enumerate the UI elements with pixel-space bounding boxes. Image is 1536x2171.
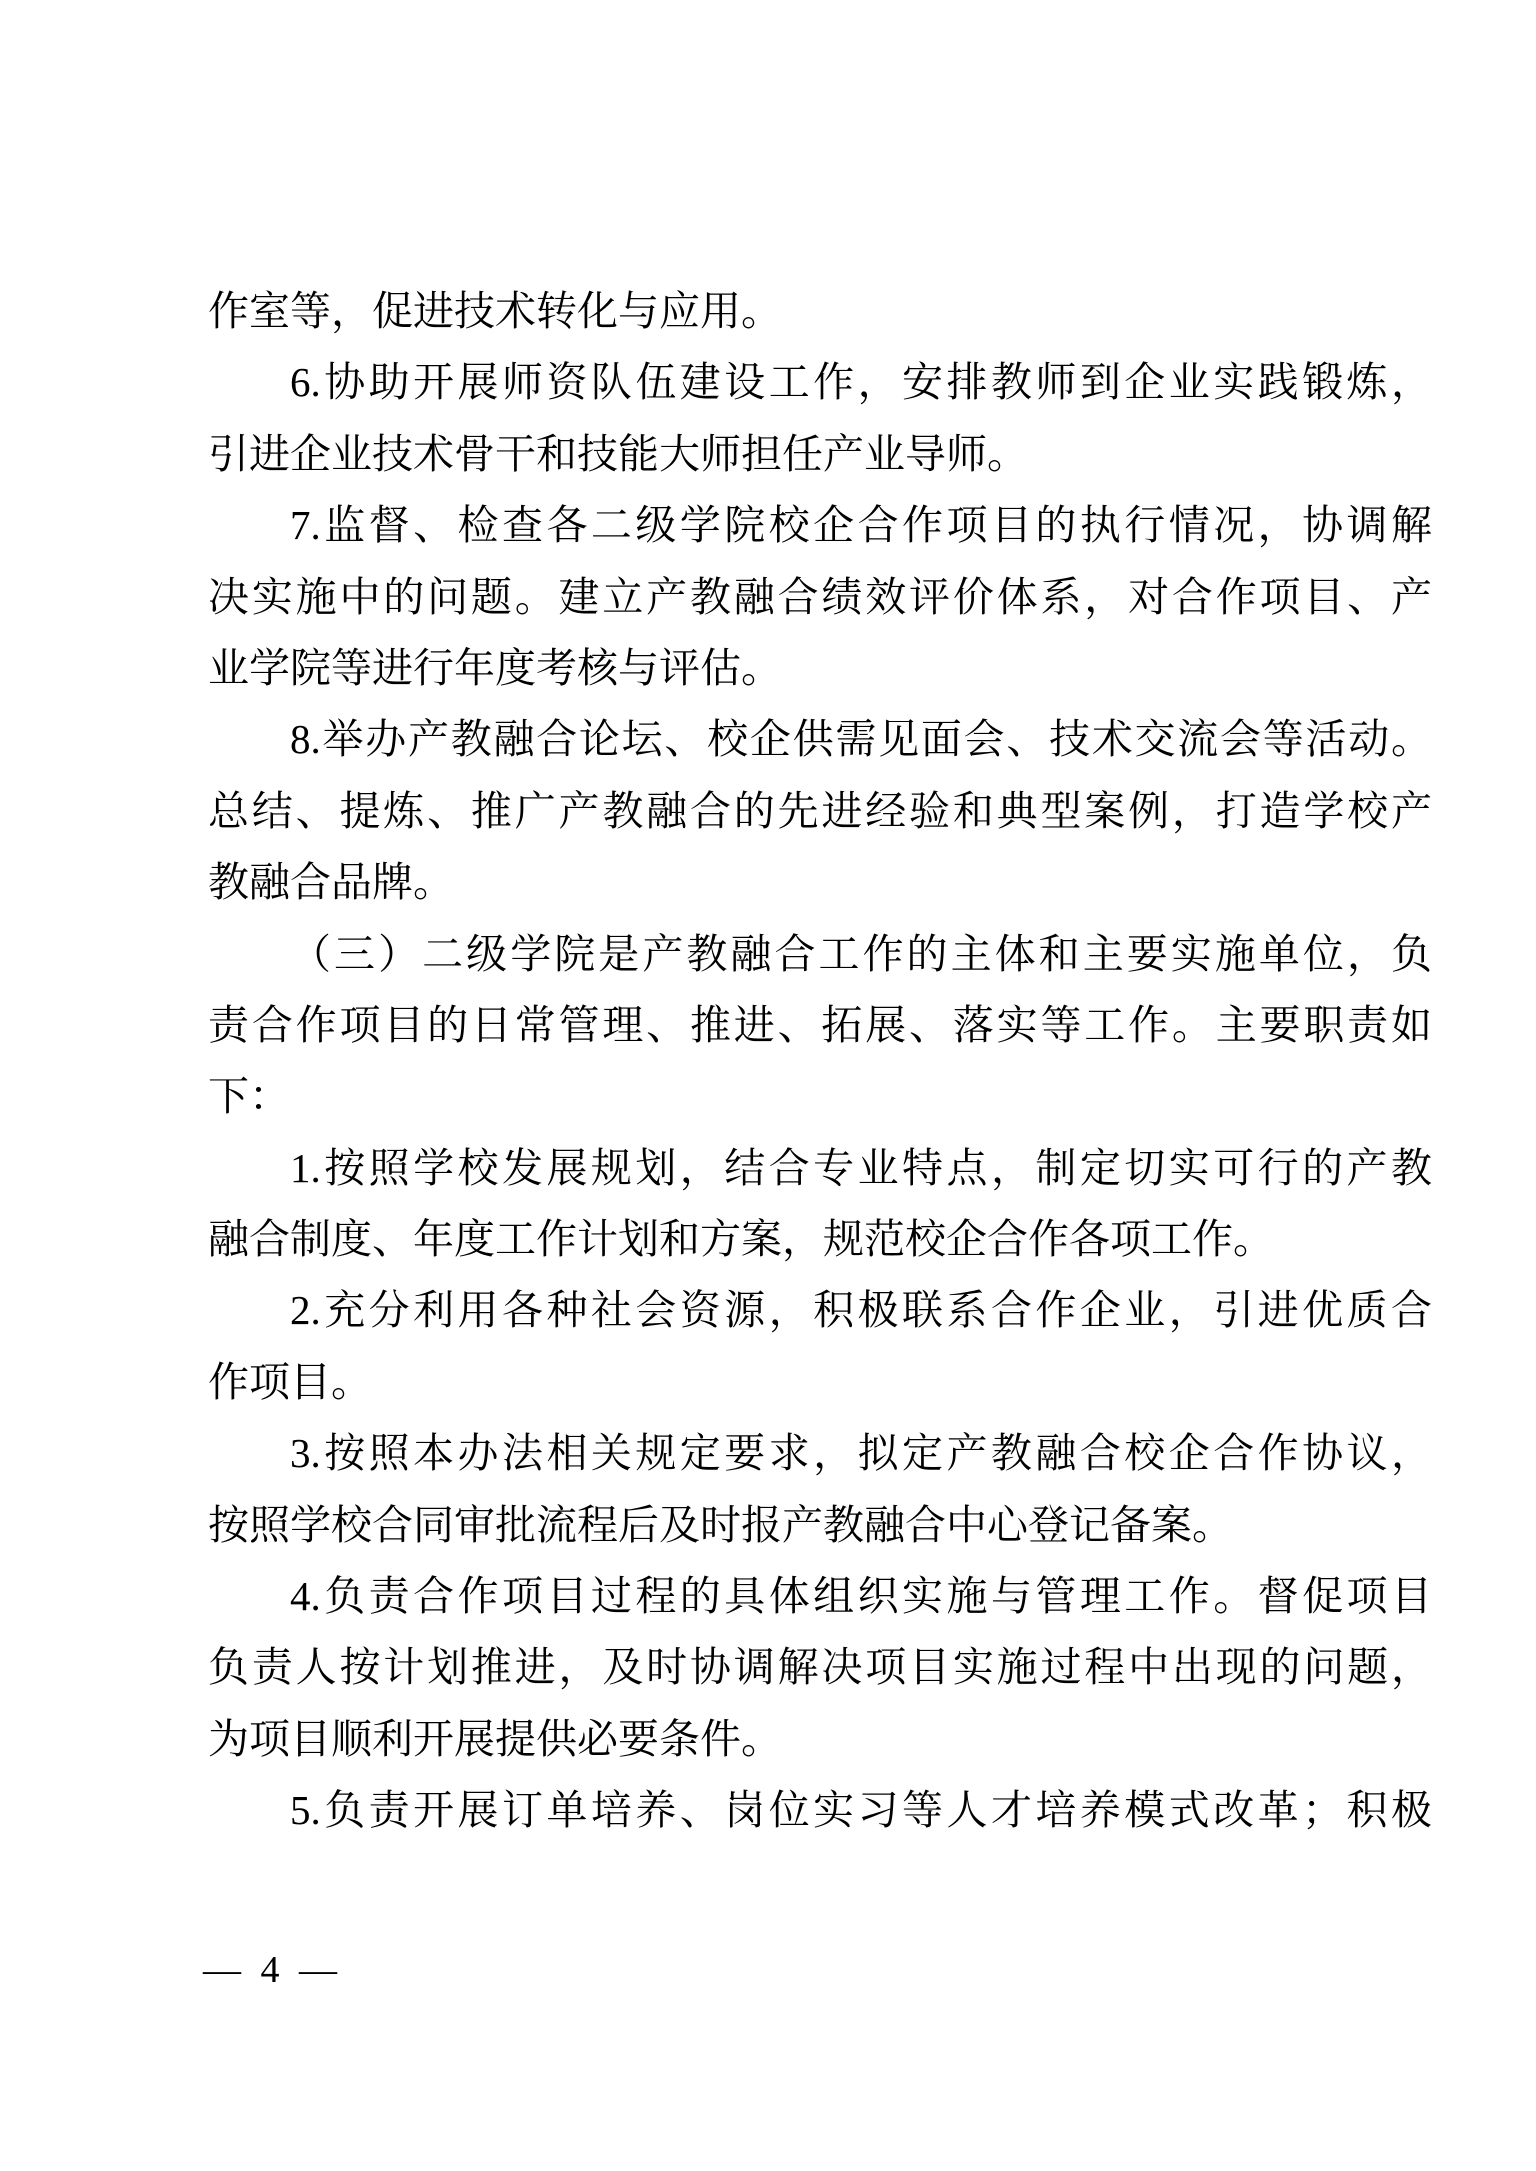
page-number: — 4 — (203, 1948, 339, 1992)
text-line: 1.按照学校发展规划，结合专业特点，制定切实可行的产教 (208, 1133, 1432, 1204)
text-line: （三）二级学院是产教融合工作的主体和主要实施单位，负 (208, 919, 1432, 990)
document-body-text: 作室等，促进技术转化与应用。 6.协助开展师资队伍建设工作，安排教师到企业实践锻… (208, 276, 1432, 1847)
text-line: 3.按照本办法相关规定要求，拟定产教融合校企合作协议， (208, 1418, 1432, 1489)
text-line: 责合作项目的日常管理、推进、拓展、落实等工作。主要职责如 (208, 990, 1432, 1061)
text-line: 决实施中的问题。建立产教融合绩效评价体系，对合作项目、产 (208, 562, 1432, 633)
document-page: 作室等，促进技术转化与应用。 6.协助开展师资队伍建设工作，安排教师到企业实践锻… (0, 0, 1536, 2171)
text-line: 作室等，促进技术转化与应用。 (208, 276, 1432, 347)
text-line: 2.充分利用各种社会资源，积极联系合作企业，引进优质合 (208, 1275, 1432, 1346)
text-line: 为项目顺利开展提供必要条件。 (208, 1704, 1432, 1775)
text-line: 业学院等进行年度考核与评估。 (208, 633, 1432, 704)
text-line: 6.协助开展师资队伍建设工作，安排教师到企业实践锻炼， (208, 347, 1432, 418)
text-line: 按照学校合同审批流程后及时报产教融合中心登记备案。 (208, 1490, 1432, 1561)
text-line: 下： (208, 1061, 1432, 1132)
text-line: 引进企业技术骨干和技能大师担任产业导师。 (208, 419, 1432, 490)
text-line: 5.负责开展订单培养、岗位实习等人才培养模式改革；积极 (208, 1775, 1432, 1846)
text-line: 融合制度、年度工作计划和方案，规范校企合作各项工作。 (208, 1204, 1432, 1275)
text-line: 负责人按计划推进，及时协调解决项目实施过程中出现的问题， (208, 1632, 1432, 1703)
text-line: 7.监督、检查各二级学院校企合作项目的执行情况，协调解 (208, 490, 1432, 561)
text-line: 总结、提炼、推广产教融合的先进经验和典型案例，打造学校产 (208, 776, 1432, 847)
text-line: 作项目。 (208, 1347, 1432, 1418)
text-line: 8.举办产教融合论坛、校企供需见面会、技术交流会等活动。 (208, 704, 1432, 775)
text-line: 4.负责合作项目过程的具体组织实施与管理工作。督促项目 (208, 1561, 1432, 1632)
text-line: 教融合品牌。 (208, 847, 1432, 918)
